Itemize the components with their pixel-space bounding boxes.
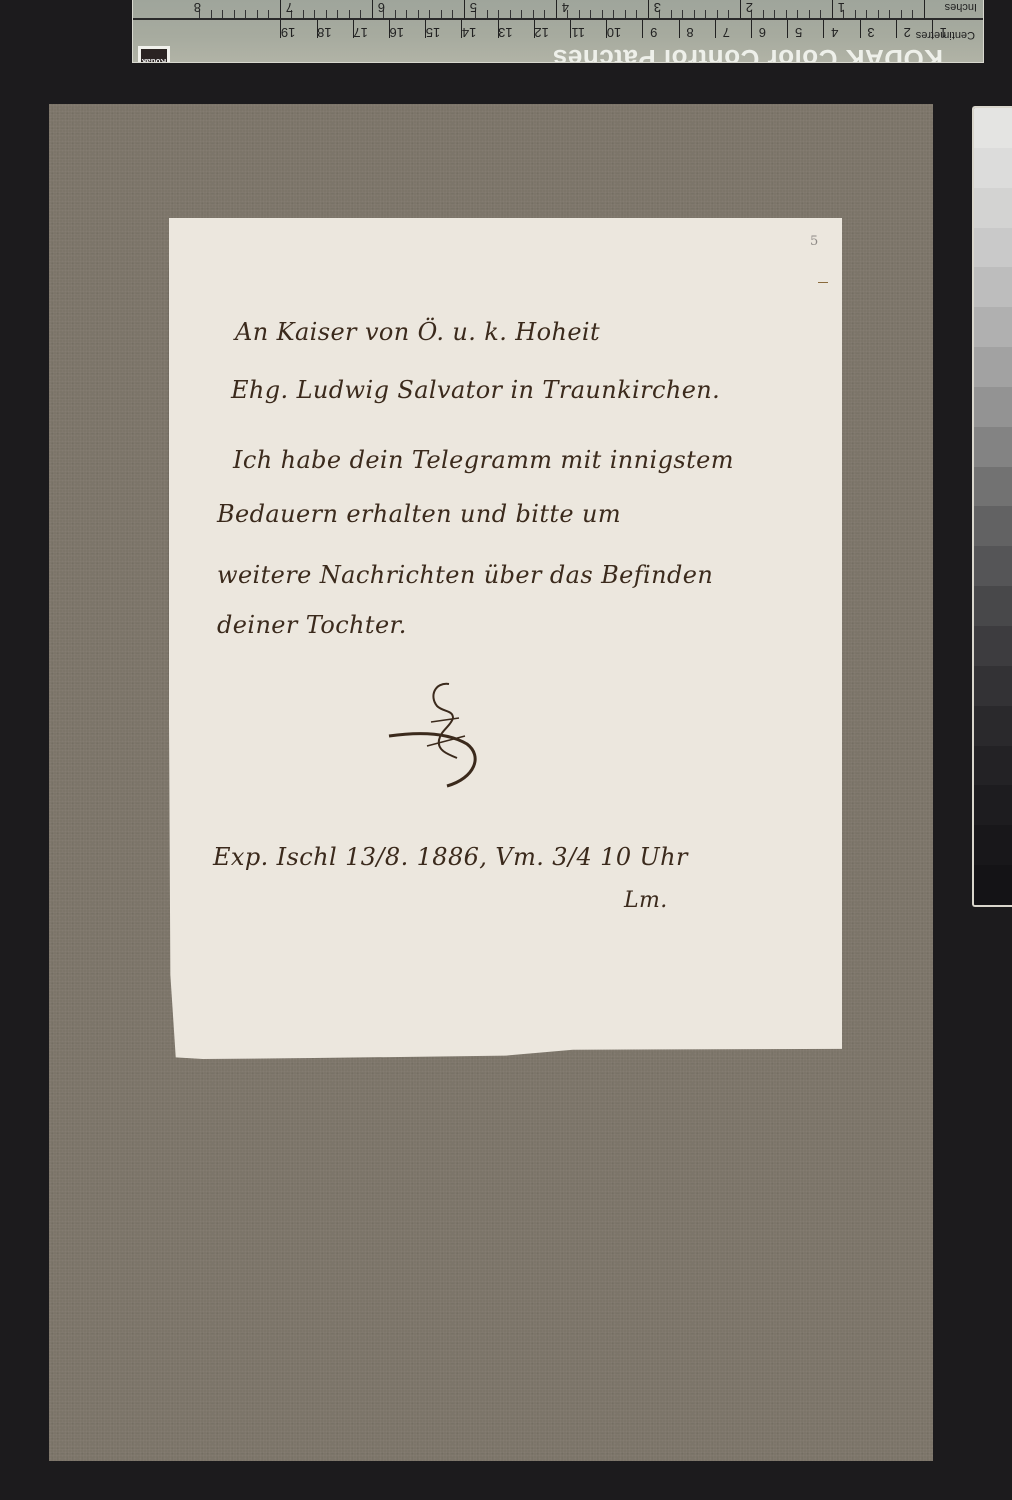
grey-step (974, 228, 1012, 268)
inch-tick (395, 10, 396, 18)
kodak-logo-icon: Kodak (138, 46, 170, 63)
inch-tick (223, 10, 224, 18)
inch-tick-label: 6 (378, 0, 385, 15)
inch-tick (890, 10, 891, 18)
inch-tick (706, 10, 707, 18)
cm-tick-label: 16 (390, 25, 404, 40)
inch-tick (648, 0, 649, 18)
inch-tick (211, 10, 212, 18)
inch-scale: Inches 12345678 (133, 0, 983, 18)
inch-tick-label: 4 (562, 0, 569, 15)
inch-tick (775, 10, 776, 18)
cm-tick (932, 20, 933, 38)
inch-tick (614, 10, 615, 18)
inch-tick (625, 10, 626, 18)
cm-tick-label: 8 (686, 25, 693, 40)
grey-step (974, 427, 1012, 467)
grey-step (974, 467, 1012, 507)
body-line-2: Bedauern erhalten und bitte um (217, 500, 621, 528)
grey-step (974, 347, 1012, 387)
inch-tick (487, 10, 488, 18)
inch-tick (867, 10, 868, 18)
inch-tick (418, 10, 419, 18)
inch-tick (372, 0, 373, 18)
inch-tick (694, 10, 695, 18)
cm-tick-label: 18 (317, 25, 331, 40)
inch-tick (913, 10, 914, 18)
cm-tick-label: 15 (426, 25, 440, 40)
inch-tick (924, 0, 925, 18)
inch-tick (717, 10, 718, 18)
grey-step (974, 865, 1012, 905)
inch-tick (361, 10, 362, 18)
inch-tick (280, 0, 281, 18)
grey-step (974, 825, 1012, 865)
inch-tick (533, 10, 534, 18)
cm-tick-label: 12 (534, 25, 548, 40)
dispatch-note: Exp. Ischl 13/8. 1886, Vm. 3/4 10 Uhr (213, 843, 688, 871)
inch-tick (637, 10, 638, 18)
grey-step (974, 785, 1012, 825)
inch-tick (901, 10, 902, 18)
clerk-initials: Lm. (624, 888, 668, 913)
monogram-signature-icon (387, 674, 487, 794)
inch-tick (671, 10, 672, 18)
grey-step (974, 586, 1012, 626)
inch-tick (591, 10, 592, 18)
address-line-1: An Kaiser von Ö. u. k. Hoheit (235, 318, 600, 346)
grey-step (974, 188, 1012, 228)
inch-tick (430, 10, 431, 18)
cm-tick-label: 17 (353, 25, 367, 40)
inches-label: Inches (945, 1, 977, 13)
inch-tick (257, 10, 258, 18)
cm-tick-label: 9 (650, 25, 657, 40)
cm-tick (787, 20, 788, 38)
inch-tick-label: 8 (194, 0, 201, 15)
body-line-1: Ich habe dein Telegramm mit innigstem (233, 446, 734, 474)
inch-tick (809, 10, 810, 18)
letter-paper: 5 An Kaiser von Ö. u. k. Hoheit Ehg. Lud… (169, 218, 842, 1059)
inch-tick (522, 10, 523, 18)
inch-tick (453, 10, 454, 18)
inch-tick (579, 10, 580, 18)
address-line-2: Ehg. Ludwig Salvator in Traunkirchen. (231, 376, 720, 404)
cm-tick-label: 5 (795, 25, 802, 40)
cm-tick-label: 10 (607, 25, 621, 40)
ruler-divider (133, 18, 983, 20)
page-number: 5 (810, 234, 818, 249)
cm-tick (751, 20, 752, 38)
inch-tick (499, 10, 500, 18)
inch-tick (878, 10, 879, 18)
cm-tick-label: 3 (867, 25, 874, 40)
grey-scale-target (972, 106, 1012, 907)
inch-tick (556, 0, 557, 18)
grey-step (974, 546, 1012, 586)
kodak-strip-rotated-content: KODAK Color Control Patches Centimetres … (133, 0, 983, 62)
centimetre-scale: 12345678910111213141516171819 (133, 20, 983, 42)
body-line-4: deiner Tochter. (217, 611, 407, 639)
inch-tick (464, 0, 465, 18)
inch-tick (855, 10, 856, 18)
inch-tick (303, 10, 304, 18)
inch-tick (740, 0, 741, 18)
inch-tick (832, 0, 833, 18)
inch-tick (763, 10, 764, 18)
cm-tick-label: 7 (723, 25, 730, 40)
inch-tick (338, 10, 339, 18)
inch-tick (326, 10, 327, 18)
cm-tick-label: 2 (904, 25, 911, 40)
inch-tick (683, 10, 684, 18)
kodak-color-control-strip: KODAK Color Control Patches Centimetres … (132, 0, 984, 63)
grey-step (974, 387, 1012, 427)
grey-step (974, 666, 1012, 706)
inch-tick (234, 10, 235, 18)
cm-tick-label: 14 (462, 25, 476, 40)
cm-tick (896, 20, 897, 38)
cm-tick-label: 13 (498, 25, 512, 40)
grey-step (974, 267, 1012, 307)
inch-tick-label: 3 (654, 0, 661, 15)
inch-tick (786, 10, 787, 18)
cm-tick-label: 6 (759, 25, 766, 40)
cm-tick (823, 20, 824, 38)
cm-tick-label: 1 (940, 25, 947, 40)
grey-step (974, 706, 1012, 746)
cm-tick (715, 20, 716, 38)
body-line-3: weitere Nachrichten über das Befinden (217, 561, 713, 589)
kodak-strip-title: KODAK Color Control Patches (552, 43, 943, 63)
inch-tick (246, 10, 247, 18)
cm-tick-label: 11 (572, 25, 586, 40)
cm-tick-label: 4 (831, 25, 838, 40)
cm-tick (860, 20, 861, 38)
inch-tick (545, 10, 546, 18)
grey-step (974, 108, 1012, 148)
grey-step (974, 148, 1012, 188)
inch-tick (510, 10, 511, 18)
inch-tick (407, 10, 408, 18)
margin-mark (818, 282, 828, 283)
inch-tick (269, 10, 270, 18)
inch-tick-label: 1 (838, 0, 845, 15)
grey-step (974, 307, 1012, 347)
inch-tick (441, 10, 442, 18)
cm-tick (642, 20, 643, 38)
inch-tick (821, 10, 822, 18)
grey-step (974, 506, 1012, 546)
inch-tick (729, 10, 730, 18)
cm-tick (679, 20, 680, 38)
inch-tick-label: 5 (470, 0, 477, 15)
inch-tick (315, 10, 316, 18)
inch-tick (798, 10, 799, 18)
cm-tick-label: 19 (281, 25, 295, 40)
inch-tick (602, 10, 603, 18)
inch-tick-label: 7 (286, 0, 293, 15)
inch-tick-label: 2 (746, 0, 753, 15)
inch-tick (349, 10, 350, 18)
grey-step (974, 626, 1012, 666)
grey-step (974, 746, 1012, 786)
